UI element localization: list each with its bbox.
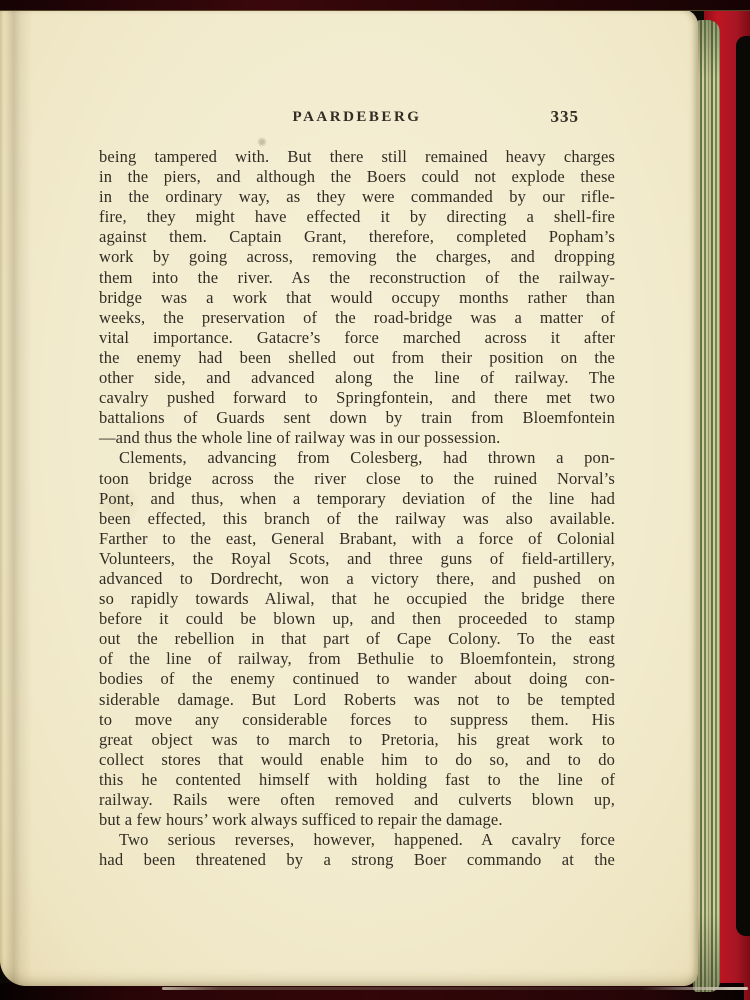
- running-header-title: PAARDEBERG: [99, 109, 615, 126]
- text-line: this he contented himself with holding f…: [99, 770, 615, 790]
- text-line: the enemy had been shelled out from thei…: [99, 348, 615, 368]
- running-head: PAARDEBERG 335: [99, 109, 615, 126]
- text-line: great object was to march to Pretoria, h…: [99, 730, 615, 750]
- text-line: bridge was a work that would occupy mont…: [99, 288, 615, 308]
- text-line: Pont, and thus, when a temporary deviati…: [99, 489, 615, 509]
- text-line: been effected, this branch of the railwa…: [99, 509, 615, 529]
- text-line: before it could be blown up, and then pr…: [99, 609, 615, 629]
- book-cover-top-edge: [0, 0, 750, 11]
- text-line: weeks, the preservation of the road-brid…: [99, 308, 615, 328]
- body-text: being tampered with. But there still rem…: [99, 147, 615, 870]
- page-number: 335: [551, 107, 580, 127]
- text-line: of the line of railway, from Bethulie to…: [99, 649, 615, 669]
- text-line: Clements, advancing from Colesberg, had …: [99, 448, 615, 468]
- text-line: in the piers, and although the Boers cou…: [99, 167, 615, 187]
- background-shadow: [736, 36, 750, 936]
- text-line: cavalry pushed forward to Springfontein,…: [99, 388, 615, 408]
- text-line: them into the river. As the reconstructi…: [99, 268, 615, 288]
- text-line: bodies of the enemy continued to wander …: [99, 669, 615, 689]
- table-edge-highlight: [162, 987, 748, 990]
- text-line: against them. Captain Grant, therefore, …: [99, 227, 615, 247]
- text-line: collect stores that would enable him to …: [99, 750, 615, 770]
- text-line: had been threatened by a strong Boer com…: [99, 850, 615, 870]
- text-line: in the ordinary way, as they were comman…: [99, 187, 615, 207]
- text-line: other side, and advanced along the line …: [99, 368, 615, 388]
- text-line: work by going across, removing the charg…: [99, 247, 615, 267]
- text-line: vital importance. Gatacre’s force marche…: [99, 328, 615, 348]
- book-page: PAARDEBERG 335 being tampered with. But …: [0, 9, 698, 986]
- text-line: battalions of Guards sent down by train …: [99, 408, 615, 428]
- text-line: railway. Rails were often removed and cu…: [99, 790, 615, 810]
- page-gutter-shadow: [0, 9, 34, 986]
- text-line: Two serious reverses, however, happened.…: [99, 830, 615, 850]
- text-line: Farther to the east, General Brabant, wi…: [99, 529, 615, 549]
- text-line: Volunteers, the Royal Scots, and three g…: [99, 549, 615, 569]
- text-line: being tampered with. But there still rem…: [99, 147, 615, 167]
- text-line: siderable damage. But Lord Roberts was n…: [99, 690, 615, 710]
- text-line: so rapidly towards Aliwal, that he occup…: [99, 589, 615, 609]
- text-line: but a few hours’ work always sufficed to…: [99, 810, 615, 830]
- text-line: fire, they might have effected it by dir…: [99, 207, 615, 227]
- text-line: —and thus the whole line of railway was …: [99, 428, 615, 448]
- text-line: toon bridge across the river close to th…: [99, 469, 615, 489]
- text-line: out the rebellion in that part of Cape C…: [99, 629, 615, 649]
- text-line: advanced to Dordrecht, won a victory the…: [99, 569, 615, 589]
- book-photo: PAARDEBERG 335 being tampered with. But …: [0, 0, 750, 1000]
- text-line: to move any considerable forces to suppr…: [99, 710, 615, 730]
